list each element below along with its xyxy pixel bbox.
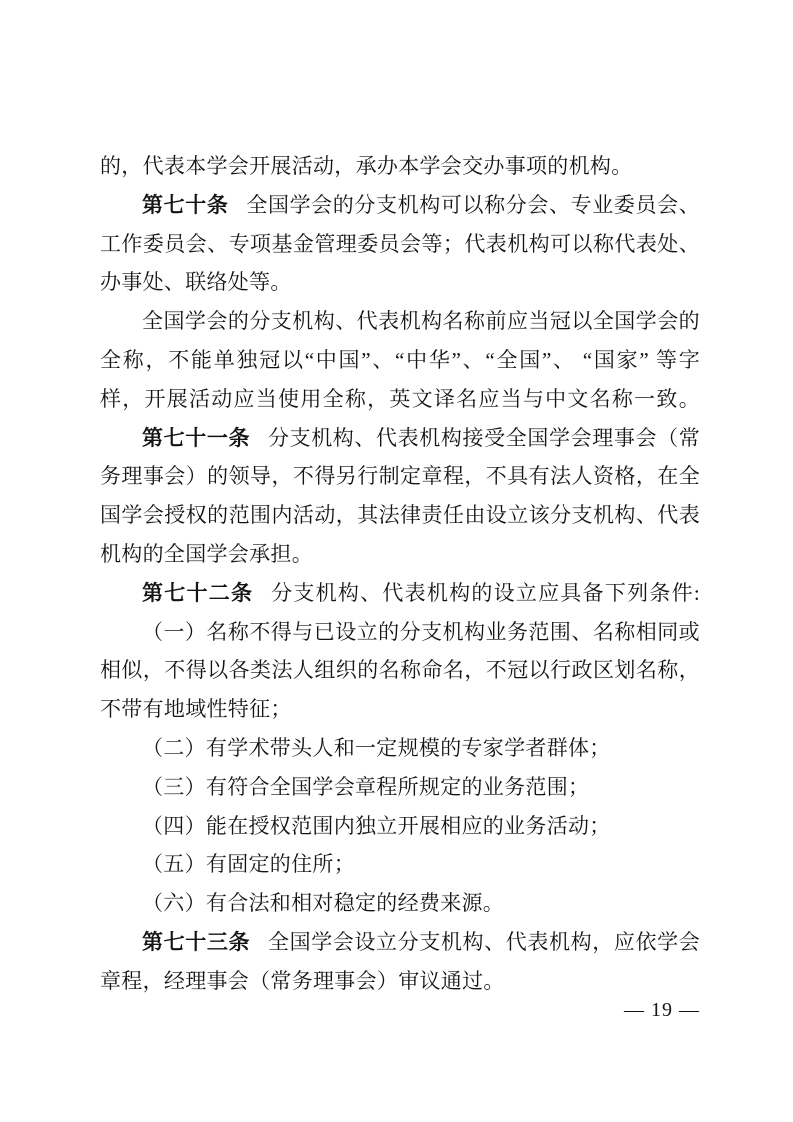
scanned-document-page: 的，代表本学会开展活动，承办本学会交办事项的机构。 第七十条全国学会的分支机构可… (0, 0, 793, 1122)
text-line: （三）有符合全国学会章程所规定的业务范围； (100, 768, 700, 807)
article-number-bold: 第七十条 (142, 194, 228, 217)
text-line: 国学会授权的范围内活动，其法律责任由设立该分支机构、代表 (100, 496, 700, 535)
article-number-bold: 第七十三条 (142, 931, 250, 954)
text-line: 章程，经理事会（常务理事会）审议通过。 (100, 962, 700, 1001)
line-text: 分支机构、代表机构的设立应具备下列条件: (271, 581, 700, 605)
article-number-bold: 第七十一条 (142, 427, 250, 450)
text-line: （二）有学术带头人和一定规模的专家学者群体； (100, 729, 700, 768)
line-text: （一）名称不得与已设立的分支机构业务范围、名称相同或 (142, 620, 700, 644)
line-text: 不带有地域性特征； (100, 697, 292, 721)
line-text: 分支机构、代表机构接受全国学会理事会（常 (268, 426, 700, 450)
text-line: 工作委员会、专项基金管理委员会等；代表机构可以称代表处、 (100, 225, 700, 264)
line-text: 全国学会的分支机构、代表机构名称前应当冠以全国学会的 (142, 309, 700, 333)
text-line: 第七十二条分支机构、代表机构的设立应具备下列条件: (100, 574, 700, 613)
line-text: 章程，经理事会（常务理事会）审议通过。 (100, 969, 505, 993)
text-line: 机构的全国学会承担。 (100, 535, 700, 574)
text-line: 全国学会的分支机构、代表机构名称前应当冠以全国学会的 (100, 302, 700, 341)
text-line: 第七十条全国学会的分支机构可以称分会、专业委员会、 (100, 186, 700, 225)
line-text: 相似，不得以各类法人组织的名称命名，不冠以行政区划名称， (100, 658, 700, 682)
text-block: 的，代表本学会开展活动，承办本学会交办事项的机构。 第七十条全国学会的分支机构可… (100, 147, 700, 1001)
text-line: （六）有合法和相对稳定的经费来源。 (100, 884, 700, 923)
text-line: （一）名称不得与已设立的分支机构业务范围、名称相同或 (100, 613, 700, 652)
text-line: 第七十一条分支机构、代表机构接受全国学会理事会（常 (100, 419, 700, 458)
line-text: 全国学会的分支机构可以称分会、专业委员会、 (246, 193, 700, 217)
line-text: 的，代表本学会开展活动，承办本学会交办事项的机构。 (100, 154, 633, 178)
line-text: （四）能在授权范围内独立开展相应的业务活动； (142, 814, 611, 838)
text-line: 相似，不得以各类法人组织的名称命名，不冠以行政区划名称， (100, 651, 700, 690)
line-text: 机构的全国学会承担。 (100, 542, 313, 566)
line-text: 样，开展活动应当使用全称，英文译名应当与中文名称一致。 (100, 387, 700, 411)
line-text: （六）有合法和相对稳定的经费来源。 (142, 891, 504, 915)
line-text: 办事处、联络处等。 (100, 270, 292, 294)
text-line: 全称，不能单独冠以“中国”、“中华”、“全国”、 “国家” 等字 (100, 341, 700, 380)
text-line: （四）能在授权范围内独立开展相应的业务活动； (100, 807, 700, 846)
text-line: 第七十三条全国学会设立分支机构、代表机构，应依学会 (100, 923, 700, 962)
text-line: 办事处、联络处等。 (100, 263, 700, 302)
page-number: — 19 — (100, 998, 700, 1022)
line-text: （五）有固定的住所； (142, 852, 355, 876)
article-number-bold: 第七十二条 (142, 582, 253, 605)
line-text: （二）有学术带头人和一定规模的专家学者群体； (142, 736, 611, 760)
line-text: 全称，不能单独冠以“中国”、“中华”、“全国”、 “国家” 等字 (100, 348, 700, 372)
text-line: （五）有固定的住所； (100, 845, 700, 884)
text-line: 务理事会）的领导，不得另行制定章程，不具有法人资格，在全 (100, 457, 700, 496)
text-line: 样，开展活动应当使用全称，英文译名应当与中文名称一致。 (100, 380, 700, 419)
text-line: 不带有地域性特征； (100, 690, 700, 729)
text-line: 的，代表本学会开展活动，承办本学会交办事项的机构。 (100, 147, 700, 186)
line-text: （三）有符合全国学会章程所规定的业务范围； (142, 775, 589, 799)
line-text: 国学会授权的范围内活动，其法律责任由设立该分支机构、代表 (100, 503, 700, 527)
line-text: 工作委员会、专项基金管理委员会等；代表机构可以称代表处、 (100, 232, 700, 256)
line-text: 全国学会设立分支机构、代表机构，应依学会 (268, 930, 700, 954)
line-text: 务理事会）的领导，不得另行制定章程，不具有法人资格，在全 (100, 464, 700, 488)
